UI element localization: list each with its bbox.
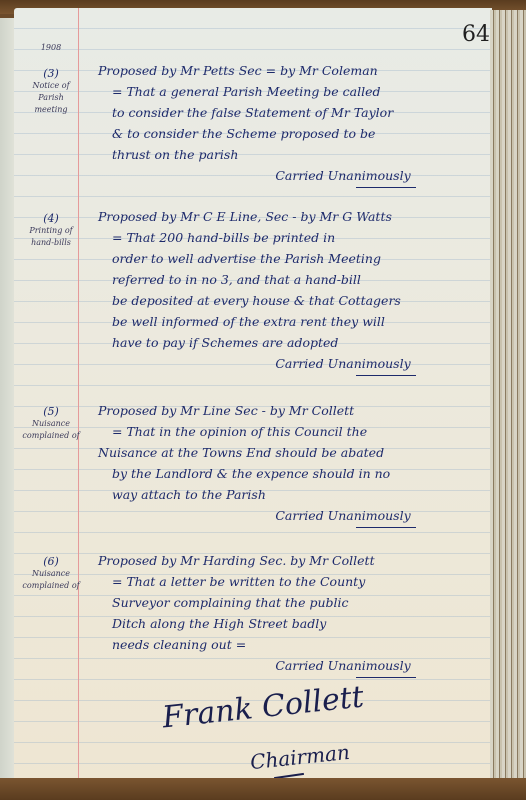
minute-line: be deposited at every house & that Cotta… xyxy=(98,290,498,311)
minute-line: = That in the opinion of this Council th… xyxy=(98,421,498,442)
minute-line: Nuisance at the Towns End should be abat… xyxy=(98,442,498,463)
result-underline xyxy=(356,677,416,678)
minute-number: (5) xyxy=(22,406,80,418)
minute-line: have to pay if Schemes are adopted xyxy=(98,332,498,353)
margin-note-line: Nuisance xyxy=(22,418,80,430)
minute-line: Proposed by Mr Line Sec - by Mr Collett xyxy=(98,400,498,421)
ledger-page: 64 1908 (3) Notice of Parish meeting Pro… xyxy=(14,8,492,790)
minute-line: be well informed of the extra rent they … xyxy=(98,311,498,332)
desk-surface-bottom xyxy=(0,778,526,800)
minute-line: to consider the false Statement of Mr Ta… xyxy=(98,102,498,123)
year-label: 1908 xyxy=(41,43,61,52)
minute-line: = That a letter be written to the County xyxy=(98,571,498,592)
margin-note-line: Printing of xyxy=(22,225,80,237)
result-text: Carried Unanimously xyxy=(98,655,498,676)
minute-number: (4) xyxy=(22,213,80,225)
minute-line: Ditch along the High Street badly xyxy=(98,613,498,634)
minute-line: = That 200 hand-bills be printed in xyxy=(98,227,498,248)
page-number: 64 xyxy=(462,22,490,47)
margin-note-3: (3) Notice of Parish meeting xyxy=(22,68,80,116)
minute-line: order to well advertise the Parish Meeti… xyxy=(98,248,498,269)
result-text: Carried Unanimously xyxy=(98,165,498,186)
minute-line: = That a general Parish Meeting be calle… xyxy=(98,81,498,102)
minute-line: thrust on the parish xyxy=(98,144,498,165)
minute-number: (6) xyxy=(22,556,80,568)
margin-note-line: hand-bills xyxy=(22,237,80,249)
minute-5: Proposed by Mr Line Sec - by Mr Collett … xyxy=(98,400,498,528)
minute-line: by the Landlord & the expence should in … xyxy=(98,463,498,484)
minute-line: Surveyor complaining that the public xyxy=(98,592,498,613)
minute-line: way attach to the Parish xyxy=(98,484,498,505)
minute-line: & to consider the Scheme proposed to be xyxy=(98,123,498,144)
margin-note-line: Notice of xyxy=(22,80,80,92)
margin-rule xyxy=(78,8,79,790)
result-text: Carried Unanimously xyxy=(98,353,498,374)
margin-note-4: (4) Printing of hand-bills xyxy=(22,213,80,249)
margin-note-line: complained of xyxy=(22,580,80,592)
margin-note-line: complained of xyxy=(22,430,80,442)
minute-line: needs cleaning out = xyxy=(98,634,498,655)
minute-3: Proposed by Mr Petts Sec = by Mr Coleman… xyxy=(98,60,498,188)
result-underline xyxy=(356,187,416,188)
minute-4: Proposed by Mr C E Line, Sec - by Mr G W… xyxy=(98,206,498,376)
book-page-edges xyxy=(490,10,526,790)
margin-note-6: (6) Nuisance complained of xyxy=(22,556,80,592)
margin-note-5: (5) Nuisance complained of xyxy=(22,406,80,442)
result-underline xyxy=(356,527,416,528)
margin-note-line: Parish meeting xyxy=(22,92,80,116)
minute-line: Proposed by Mr C E Line, Sec - by Mr G W… xyxy=(98,206,498,227)
minute-number: (3) xyxy=(22,68,80,80)
margin-year: 1908 xyxy=(22,42,80,54)
result-underline xyxy=(356,375,416,376)
minute-6: Proposed by Mr Harding Sec. by Mr Collet… xyxy=(98,550,498,678)
margin-note-line: Nuisance xyxy=(22,568,80,580)
minute-line: Proposed by Mr Petts Sec = by Mr Coleman xyxy=(98,60,498,81)
result-text: Carried Unanimously xyxy=(98,505,498,526)
minute-line: Proposed by Mr Harding Sec. by Mr Collet… xyxy=(98,550,498,571)
minute-line: referred to in no 3, and that a hand-bil… xyxy=(98,269,498,290)
